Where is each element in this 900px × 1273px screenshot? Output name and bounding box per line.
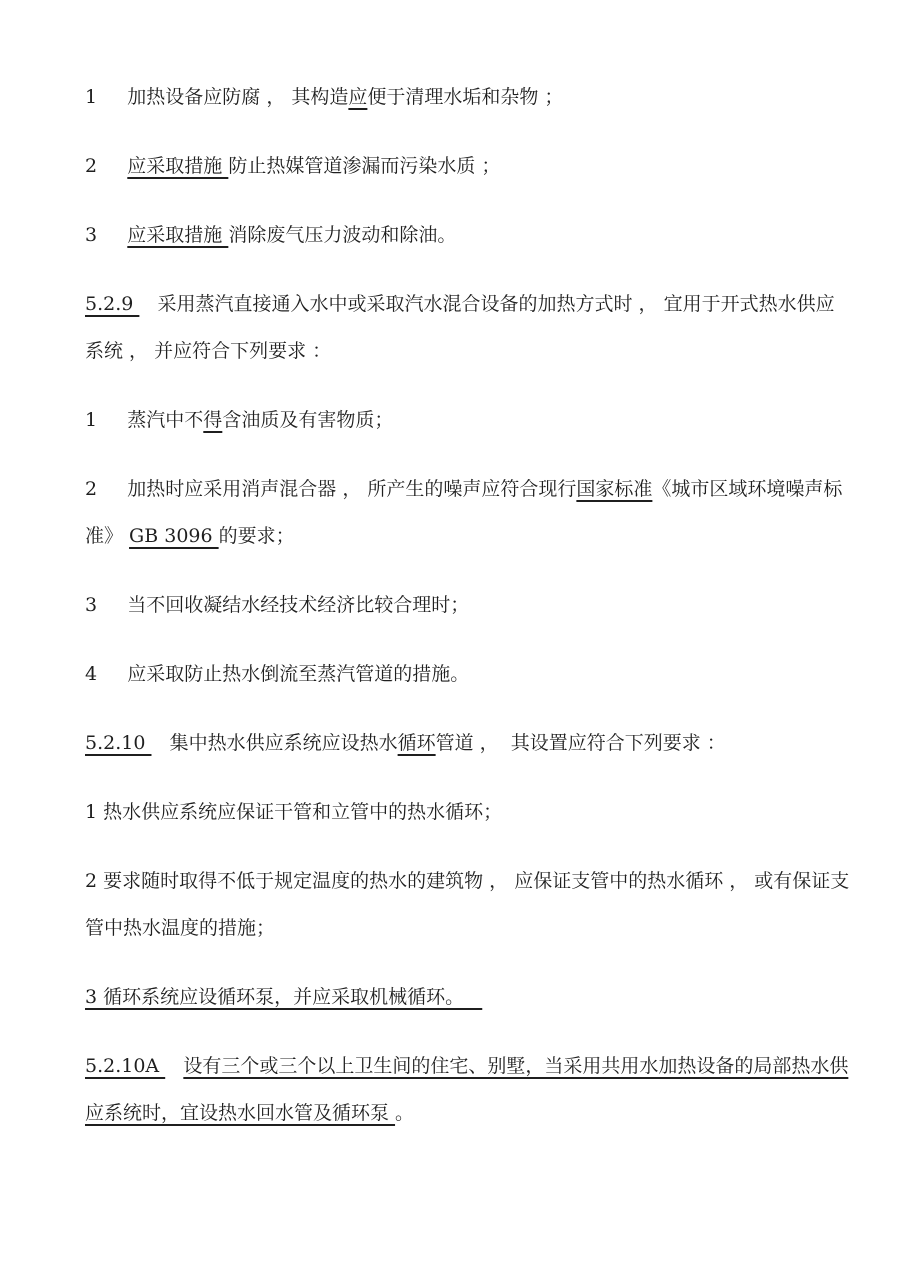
list-item-2-heat-medium-pipes: 2 应采取措施 防止热媒管道渗漏而污染水质 ； [85, 143, 840, 190]
text-line: 1 蒸汽中不得含油质及有害物质； [85, 397, 840, 444]
clause-5-2-10-item-3-circulation-pump: 3 循环系统应设循环泵，并应采取机械循环。 [85, 974, 840, 1021]
clause-5-2-9-item-3-condensate: 3 当不回收凝结水经技术经济比较合理时； [85, 582, 840, 629]
underlined-text-run: 得 [203, 409, 222, 431]
text-line: 1 加热设备应防腐 ， 其构造应便于清理水垢和杂物 ； [85, 74, 840, 121]
text-run: 。 [395, 1102, 414, 1124]
text-line: 2 加热时应采用消声混合器 ， 所产生的噪声应符合现行国家标准《城市区域环境噪声… [85, 466, 840, 513]
text-line: 4 应采取防止热水倒流至蒸汽管道的措施。 [85, 651, 840, 698]
clause-5-2-10a: 5.2.10A 设有三个或三个以上卫生间的住宅、别墅，当采用共用水加热设备的局部… [85, 1043, 840, 1137]
text-run: 《城市区域环境噪声标 [652, 478, 842, 500]
text-line: 3 当不回收凝结水经技术经济比较合理时； [85, 582, 840, 629]
underlined-text-run: 循环 [398, 732, 436, 754]
text-run: 1 蒸汽中不 [85, 409, 203, 431]
text-run: 消除废气压力波动和除油。 [228, 224, 456, 246]
clause-5-2-9-item-2-noise-standard: 2 加热时应采用消声混合器 ， 所产生的噪声应符合现行国家标准《城市区域环境噪声… [85, 466, 840, 560]
text-run: 含油质及有害物质； [222, 409, 393, 431]
text-line: 3 应采取措施 消除废气压力波动和除油。 [85, 212, 840, 259]
text-run: 采用蒸汽直接通入水中或采取汽水混合设备的加热方式时 ， 宜用于开式热水供应 [139, 293, 834, 315]
text-run: 4 应采取防止热水倒流至蒸汽管道的措施。 [85, 663, 469, 685]
text-run: 系统 ， 并应符合下列要求 ： [85, 340, 331, 362]
underlined-text-run: 设有三个或三个以上卫生间的住宅、别墅，当采用共用水加热设备的局部热水供 [183, 1055, 848, 1077]
text-line: 2 应采取措施 防止热媒管道渗漏而污染水质 ； [85, 143, 840, 190]
underlined-text-run: 5.2.10 [85, 732, 151, 754]
text-run: 防止热媒管道渗漏而污染水质 ； [228, 155, 500, 177]
text-run: 2 要求随时取得不低于规定温度的热水的建筑物 ， 应保证支管中的热水循环 ， 或… [85, 870, 849, 892]
underlined-text-run: GB 3096 [129, 525, 219, 547]
underlined-text-run: 应采取措施 [127, 224, 228, 246]
underlined-text-run: 应采取措施 [127, 155, 228, 177]
text-run: 2 加热时应采用消声混合器 ， 所产生的噪声应符合现行 [85, 478, 576, 500]
text-line: 5.2.10 集中热水供应系统应设热水循环管道 ， 其设置应符合下列要求 ： [85, 720, 840, 767]
text-line: 应系统时，宜设热水回水管及循环泵 。 [85, 1090, 840, 1137]
clause-5-2-9-item-4-backflow: 4 应采取防止热水倒流至蒸汽管道的措施。 [85, 651, 840, 698]
text-run: 3 [85, 224, 127, 246]
text-line: 管中热水温度的措施； [85, 905, 840, 952]
clause-5-2-10-item-1-riser-circulation: 1 热水供应系统应保证干管和立管中的热水循环； [85, 789, 840, 836]
text-run: 准》 [85, 525, 129, 547]
text-line: 5.2.9 采用蒸汽直接通入水中或采取汽水混合设备的加热方式时 ， 宜用于开式热… [85, 281, 840, 328]
text-run: 管中热水温度的措施； [85, 917, 275, 939]
underlined-text-run: 5.2.10A [85, 1055, 165, 1077]
text-line: 2 要求随时取得不低于规定温度的热水的建筑物 ， 应保证支管中的热水循环 ， 或… [85, 858, 840, 905]
text-run: 3 当不回收凝结水经技术经济比较合理时； [85, 594, 469, 616]
clause-5-2-9: 5.2.9 采用蒸汽直接通入水中或采取汽水混合设备的加热方式时 ， 宜用于开式热… [85, 281, 840, 375]
text-line: 系统 ， 并应符合下列要求 ： [85, 328, 840, 375]
text-run: 1 热水供应系统应保证干管和立管中的热水循环； [85, 801, 502, 823]
underlined-text-run: 应 [348, 86, 367, 108]
text-run [165, 1055, 183, 1077]
text-line: 准》 GB 3096 的要求； [85, 513, 840, 560]
underlined-text-run: 5.2.9 [85, 293, 139, 315]
text-line: 1 热水供应系统应保证干管和立管中的热水循环； [85, 789, 840, 836]
underlined-text-run: 国家标准 [576, 478, 652, 500]
text-line: 5.2.10A 设有三个或三个以上卫生间的住宅、别墅，当采用共用水加热设备的局部… [85, 1043, 840, 1090]
underlined-text-run: 应系统时，宜设热水回水管及循环泵 [85, 1102, 395, 1124]
text-line: 3 循环系统应设循环泵，并应采取机械循环。 [85, 974, 840, 1021]
text-run: 2 [85, 155, 127, 177]
clause-5-2-10: 5.2.10 集中热水供应系统应设热水循环管道 ， 其设置应符合下列要求 ： [85, 720, 840, 767]
text-run: 集中热水供应系统应设热水 [151, 732, 397, 754]
document-body: 1 加热设备应防腐 ， 其构造应便于清理水垢和杂物 ；2 应采取措施 防止热媒管… [85, 74, 840, 1137]
text-run: 管道 ， 其设置应符合下列要求 ： [436, 732, 726, 754]
text-run: 便于清理水垢和杂物 ； [367, 86, 563, 108]
text-run: 的要求； [219, 525, 295, 547]
list-item-3-exhaust-pressure: 3 应采取措施 消除废气压力波动和除油。 [85, 212, 840, 259]
clause-5-2-10-item-2-branch-circulation: 2 要求随时取得不低于规定温度的热水的建筑物 ， 应保证支管中的热水循环 ， 或… [85, 858, 840, 952]
list-item-1-heating-equipment: 1 加热设备应防腐 ， 其构造应便于清理水垢和杂物 ； [85, 74, 840, 121]
underlined-text-run: 3 循环系统应设循环泵，并应采取机械循环。 [85, 986, 482, 1008]
text-run: 1 加热设备应防腐 ， 其构造 [85, 86, 348, 108]
clause-5-2-9-item-1-steam-quality: 1 蒸汽中不得含油质及有害物质； [85, 397, 840, 444]
document-page: 1 加热设备应防腐 ， 其构造应便于清理水垢和杂物 ；2 应采取措施 防止热媒管… [0, 0, 900, 1273]
